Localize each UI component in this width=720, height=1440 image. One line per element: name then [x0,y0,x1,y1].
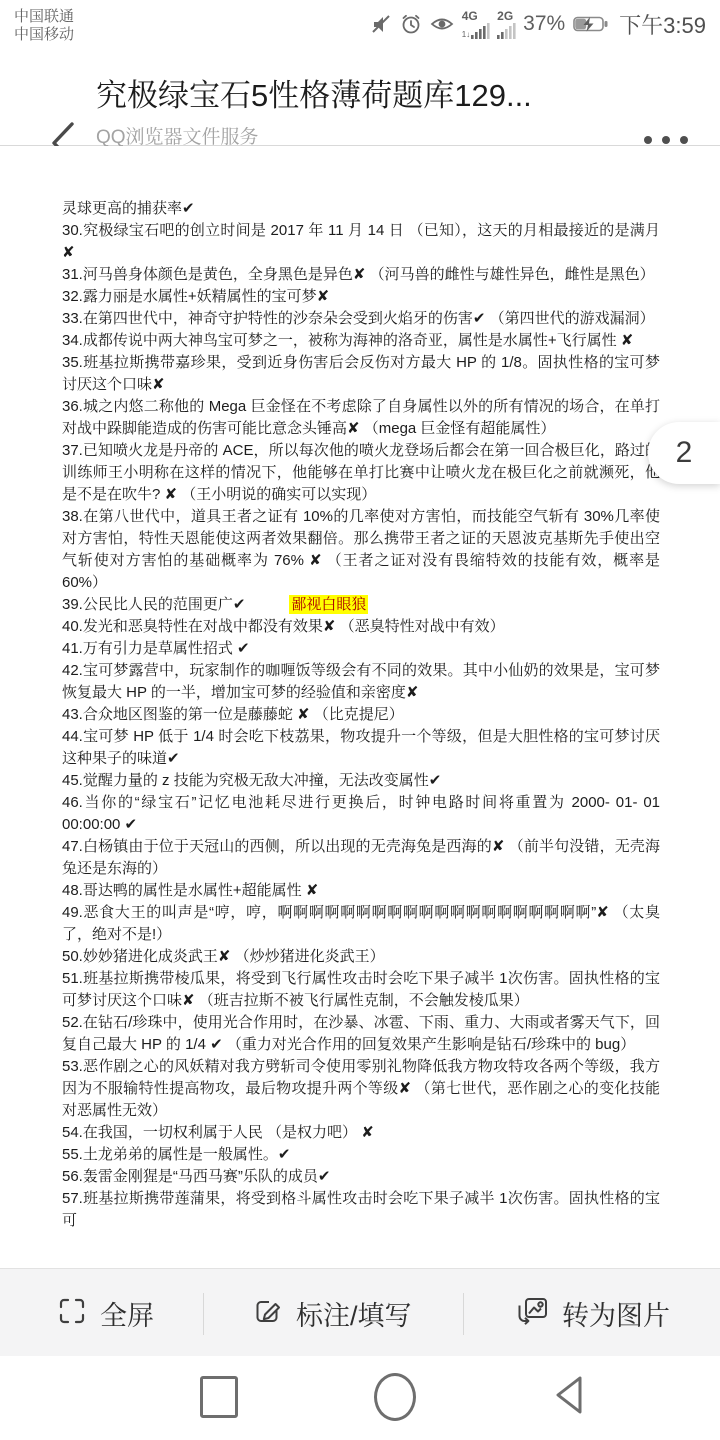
document-paragraph: 31.河马兽身体颜色是黄色，全身黑色是异色✘ （河马兽的雌性与雄性异色，雌性是黑… [62,264,660,286]
annotate-button[interactable]: 标注/填写 [253,1269,412,1357]
paragraph-text: 38.在第八世代中，道具王者之证有 10%的几率使对方害怕，而技能空气斩有 30… [62,508,660,591]
signal-4g-icon: 4G 1↓ [462,10,491,39]
app-header: 究极绿宝石5性格薄荷题库129... QQ浏览器文件服务 [0,48,720,146]
page-title: 究极绿宝石5性格薄荷题库129... [96,70,626,115]
document-paragraph: 34.成都传说中两大神鸟宝可梦之一，被称为海神的洛奇亚，属性是水属性+飞行属性 … [62,330,660,352]
annotate-label: 标注/填写 [296,1294,412,1333]
sim2-network-label: 2G [497,10,513,22]
status-bar: 中国联通 中国移动 [0,0,720,48]
paragraph-text: 51.班基拉斯携带棱瓜果，将受到飞行属性攻击时会吃下果子减半 1次伤害。固执性格… [62,970,660,1009]
android-nav-bar [0,1356,720,1440]
battery-icon [573,15,609,33]
document-paragraph: 56.轰雷金刚猩是“马西马赛”乐队的成员✔ [62,1166,660,1188]
status-time: 下午3:59 [619,9,706,40]
paragraph-text: 53.恶作剧之心的风妖精对我方劈斩司令使用零别礼物降低我方物攻特攻各两个等级，我… [62,1058,660,1119]
document-paragraph: 54.在我国，一切权利属于人民 （是权力吧） ✘ [62,1122,660,1144]
carrier-labels: 中国联通 中国移动 [14,5,74,44]
paragraph-text: 37.已知喷火龙是丹帝的 ACE，所以每次他的喷火龙登场后都会在第一回合极巨化，… [62,442,660,503]
paragraph-text: 30.究极绿宝石吧的创立时间是 2017 年 11 月 14 日 （已知），这天… [62,222,660,261]
document-paragraph: 30.究极绿宝石吧的创立时间是 2017 年 11 月 14 日 （已知），这天… [62,220,660,264]
paragraph-text: 42.宝可梦露营中，玩家制作的咖喱饭等级会有不同的效果。其中小仙奶的效果是，宝可… [62,662,660,701]
page-number: 2 [676,436,693,470]
document-paragraph: 35.班基拉斯携带嘉珍果，受到近身伤害后会反伤对方最大 HP 的 1/8。固执性… [62,352,660,396]
document-paragraph: 39.公民比人民的范围更广✔鄙视白眼狼 [62,594,660,616]
document-paragraph: 44.宝可梦 HP 低于 1/4 时会吃下枝荔果，物攻提升一个等级，但是大胆性格… [62,726,660,770]
eye-comfort-icon [430,13,454,35]
paragraph-text: 57.班基拉斯携带莲蒲果，将受到格斗属性攻击时会吃下果子减半 1次伤害。固执性格… [62,1190,660,1229]
document-paragraph: 50.妙妙猪进化成炎武王✘ （炒炒猪进化炎武王） [62,946,660,968]
paragraph-text: 31.河马兽身体颜色是黄色，全身黑色是异色✘ （河马兽的雌性与雄性异色，雌性是黑… [62,266,655,283]
document-paragraph: 51.班基拉斯携带棱瓜果，将受到飞行属性攻击时会吃下果子减半 1次伤害。固执性格… [62,968,660,1012]
nav-back-icon[interactable] [549,1373,591,1422]
document-paragraph: 40.发光和恶臭特性在对战中都没有效果✘ （恶臭特性对战中有效） [62,616,660,638]
paragraph-text: 34.成都传说中两大神鸟宝可梦之一，被称为海神的洛奇亚，属性是水属性+飞行属性 … [62,332,633,349]
paragraph-text: 45.觉醒力量的 z 技能为究极无敌大冲撞，无法改变属性✔ [62,772,441,789]
fullscreen-button[interactable]: 全屏 [57,1269,154,1357]
paragraph-text: 49.恶食大王的叫声是“哼，哼，啊啊啊啊啊啊啊啊啊啊啊啊啊啊啊啊啊啊啊啊”✘ （… [62,904,660,943]
document-paragraph: 52.在钻石/珍珠中，使用光合作用时，在沙暴、冰雹、下雨、重力、大雨或者雾天气下… [62,1012,660,1056]
document-paragraph: 灵球更高的捕获率✔ [62,198,660,220]
paragraph-text: 灵球更高的捕获率✔ [62,200,195,217]
convert-to-image-label: 转为图片 [562,1294,670,1333]
paragraph-text: 35.班基拉斯携带嘉珍果，受到近身伤害后会反伤对方最大 HP 的 1/8。固执性… [62,354,660,393]
paragraph-text: 40.发光和恶臭特性在对战中都没有效果✘ （恶臭特性对战中有效） [62,618,505,635]
fullscreen-label: 全屏 [100,1294,154,1333]
document-text: 灵球更高的捕获率✔30.究极绿宝石吧的创立时间是 2017 年 11 月 14 … [0,146,720,1232]
paragraph-text: 55.土龙弟弟的属性是一般属性。✔ [62,1146,290,1163]
more-menu-icon[interactable] [644,136,688,144]
alarm-icon [400,13,422,35]
paragraph-text: 52.在钻石/珍珠中，使用光合作用时，在沙暴、冰雹、下雨、重力、大雨或者雾天气下… [62,1014,660,1053]
document-paragraph: 48.哥达鸭的属性是水属性+超能属性 ✘ [62,880,660,902]
document-paragraph: 45.觉醒力量的 z 技能为究极无敌大冲撞，无法改变属性✔ [62,770,660,792]
bottom-toolbar: 全屏 标注/填写 转为图片 [0,1268,720,1356]
document-paragraph: 46.当你的“绿宝石”记忆电池耗尽进行更换后，时钟电路时间将重置为 2000- … [62,792,660,836]
document-paragraph: 55.土龙弟弟的属性是一般属性。✔ [62,1144,660,1166]
phone-screen: 中国联通 中国移动 [0,0,720,1440]
document-paragraph: 41.万有引力是草属性招式 ✔ [62,638,660,660]
paragraph-text: 46.当你的“绿宝石”记忆电池耗尽进行更换后，时钟电路时间将重置为 2000- … [62,794,660,833]
page-subtitle: QQ浏览器文件服务 [96,122,626,149]
carrier-2-label: 中国移动 [14,26,74,44]
page-indicator[interactable]: 2 [648,422,720,484]
convert-to-image-button[interactable]: 转为图片 [516,1269,670,1357]
document-paragraph: 57.班基拉斯携带莲蒲果，将受到格斗属性攻击时会吃下果子减半 1次伤害。固执性格… [62,1188,660,1232]
toolbar-divider [463,1293,464,1335]
paragraph-text: 56.轰雷金刚猩是“马西马赛”乐队的成员✔ [62,1168,330,1185]
signal-2g-icon: 2G [497,10,517,39]
paragraph-text: 32.露力丽是水属性+妖精属性的宝可梦✘ [62,288,329,305]
document-paragraph: 32.露力丽是水属性+妖精属性的宝可梦✘ [62,286,660,308]
nav-recents-icon[interactable] [200,1376,238,1418]
document-page: 灵球更高的捕获率✔30.究极绿宝石吧的创立时间是 2017 年 11 月 14 … [0,146,720,1268]
document-paragraph: 36.城之内悠二称他的 Mega 巨金怪在不考虑除了自身属性以外的所有情况的场合… [62,396,660,440]
document-paragraph: 33.在第四世代中，神奇守护特性的沙奈朵会受到火焰牙的伤害✔ （第四世代的游戏漏… [62,308,660,330]
paragraph-text: 54.在我国，一切权利属于人民 （是权力吧） ✘ [62,1124,374,1141]
paragraph-text: 50.妙妙猪进化成炎武王✘ （炒炒猪进化炎武王） [62,948,385,965]
title-block: 究极绿宝石5性格薄荷题库129... QQ浏览器文件服务 [96,70,626,149]
mute-icon [370,13,392,35]
paragraph-text: 47.白杨镇由于位于天冠山的西侧，所以出现的无壳海兔是西海的✘ （前半句没错，无… [62,838,660,877]
paragraph-text: 48.哥达鸭的属性是水属性+超能属性 ✘ [62,882,318,899]
paragraph-text: 36.城之内悠二称他的 Mega 巨金怪在不考虑除了自身属性以外的所有情况的场合… [62,398,660,437]
document-paragraph: 43.合众地区图鉴的第一位是藤藤蛇 ✘ （比克提尼） [62,704,660,726]
paragraph-text: 41.万有引力是草属性招式 ✔ [62,640,250,657]
nav-home-icon[interactable] [374,1373,416,1421]
battery-percent: 37% [523,12,565,36]
status-indicators: 4G 1↓ 2G [370,9,706,40]
paragraph-text: 44.宝可梦 HP 低于 1/4 时会吃下枝荔果，物攻提升一个等级，但是大胆性格… [62,728,660,767]
highlighted-text: 鄙视白眼狼 [289,595,368,614]
paragraph-text: 43.合众地区图鉴的第一位是藤藤蛇 ✘ （比克提尼） [62,706,404,723]
toolbar-divider [203,1293,204,1335]
convert-image-icon [516,1296,549,1331]
paragraph-text: 39.公民比人民的范围更广✔ [62,596,245,613]
sim1-sub-label: 1↓ [462,31,470,39]
document-paragraph: 47.白杨镇由于位于天冠山的西侧，所以出现的无壳海兔是西海的✘ （前半句没错，无… [62,836,660,880]
fullscreen-icon [57,1296,87,1331]
sim1-network-label: 4G [462,10,478,22]
document-paragraph: 38.在第八世代中，道具王者之证有 10%的几率使对方害怕，而技能空气斩有 30… [62,506,660,594]
document-paragraph: 42.宝可梦露营中，玩家制作的咖喱饭等级会有不同的效果。其中小仙奶的效果是，宝可… [62,660,660,704]
document-paragraph: 49.恶食大王的叫声是“哼，哼，啊啊啊啊啊啊啊啊啊啊啊啊啊啊啊啊啊啊啊啊”✘ （… [62,902,660,946]
carrier-1-label: 中国联通 [14,8,74,26]
paragraph-text: 33.在第四世代中，神奇守护特性的沙奈朵会受到火焰牙的伤害✔ （第四世代的游戏漏… [62,310,655,327]
annotate-icon [253,1296,283,1331]
document-paragraph: 53.恶作剧之心的风妖精对我方劈斩司令使用零别礼物降低我方物攻特攻各两个等级，我… [62,1056,660,1122]
document-paragraph: 37.已知喷火龙是丹帝的 ACE，所以每次他的喷火龙登场后都会在第一回合极巨化，… [62,440,660,506]
